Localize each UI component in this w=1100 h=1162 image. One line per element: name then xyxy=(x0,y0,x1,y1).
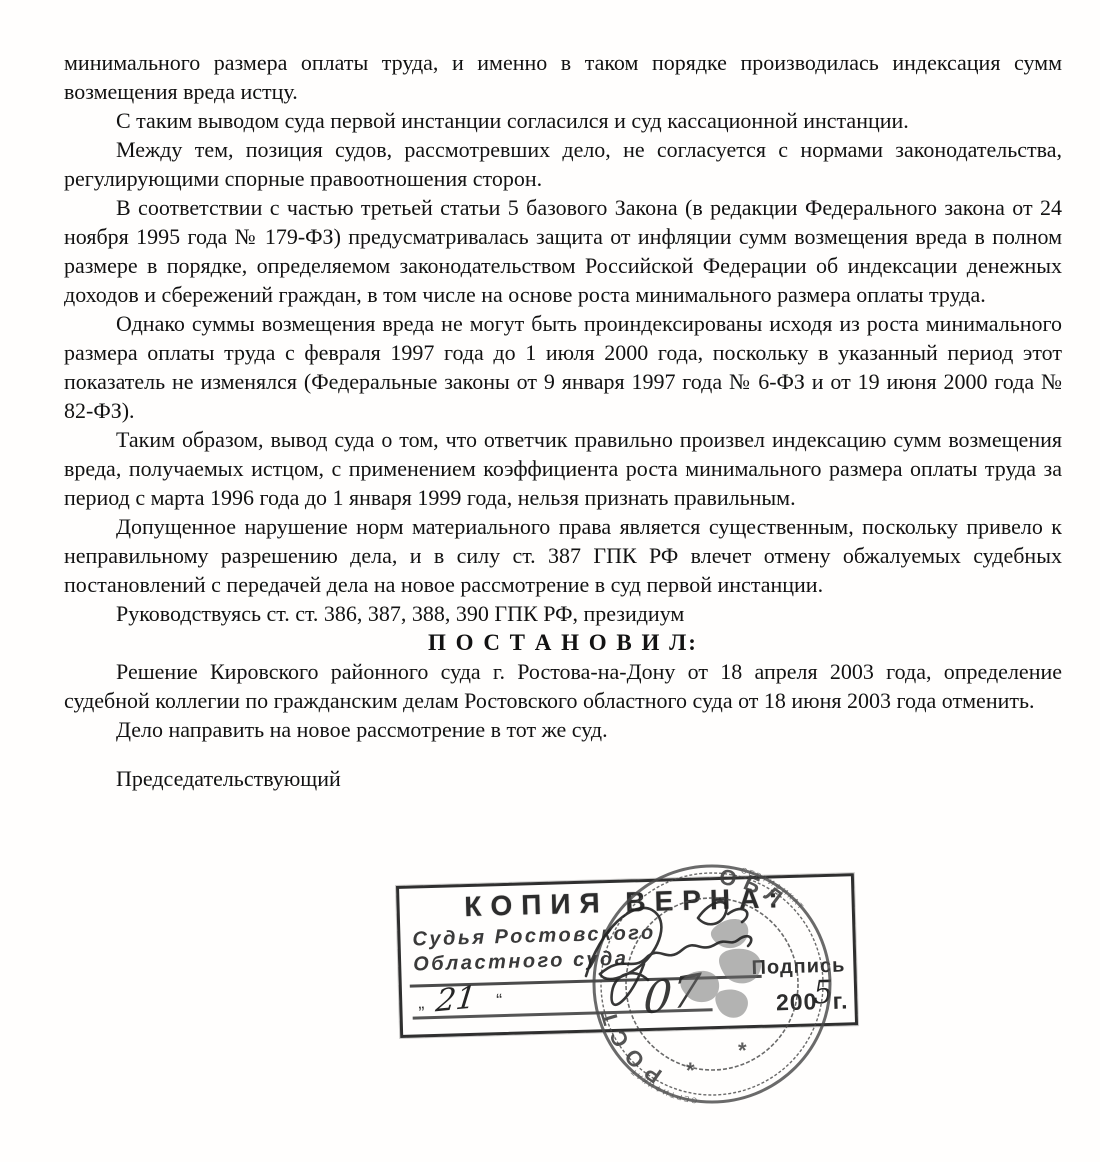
handwritten-day: 21 xyxy=(434,979,478,1019)
signature-scribble xyxy=(548,888,808,1038)
paragraph-continuation: минимального размера оплаты труда, и име… xyxy=(64,48,1062,106)
paragraph: Однако суммы возмещения вреда не могут б… xyxy=(64,309,1062,425)
date-quote-close: “ xyxy=(496,990,503,1011)
paragraph: Между тем, позиция судов, рассмотревших … xyxy=(64,135,1062,193)
scanned-court-document-page: минимального размера оплаты труда, и име… xyxy=(0,0,1100,1162)
resolution-paragraph: Дело направить на новое рассмотрение в т… xyxy=(64,715,1062,744)
presiding-judge-label: Председательствующий xyxy=(64,764,1062,793)
paragraph: Допущенное нарушение норм материального … xyxy=(64,512,1062,599)
date-quote-open: „ xyxy=(418,992,425,1013)
resolution-heading: П О С Т А Н О В И Л: xyxy=(64,628,1062,657)
seal-asterisk: * xyxy=(686,1058,695,1083)
paragraph: Таким образом, вывод суда о том, что отв… xyxy=(64,425,1062,512)
paragraph: Руководствуясь ст. ст. 386, 387, 388, 39… xyxy=(64,599,1062,628)
paragraph: В соответствии с частью третьей статьи 5… xyxy=(64,193,1062,309)
seal-asterisk: * xyxy=(738,1038,747,1063)
paragraph: С таким выводом суда первой инстанции со… xyxy=(64,106,1062,135)
document-text: минимального размера оплаты труда, и име… xyxy=(64,48,1062,793)
resolution-paragraph: Решение Кировского районного суда г. Рос… xyxy=(64,657,1062,715)
